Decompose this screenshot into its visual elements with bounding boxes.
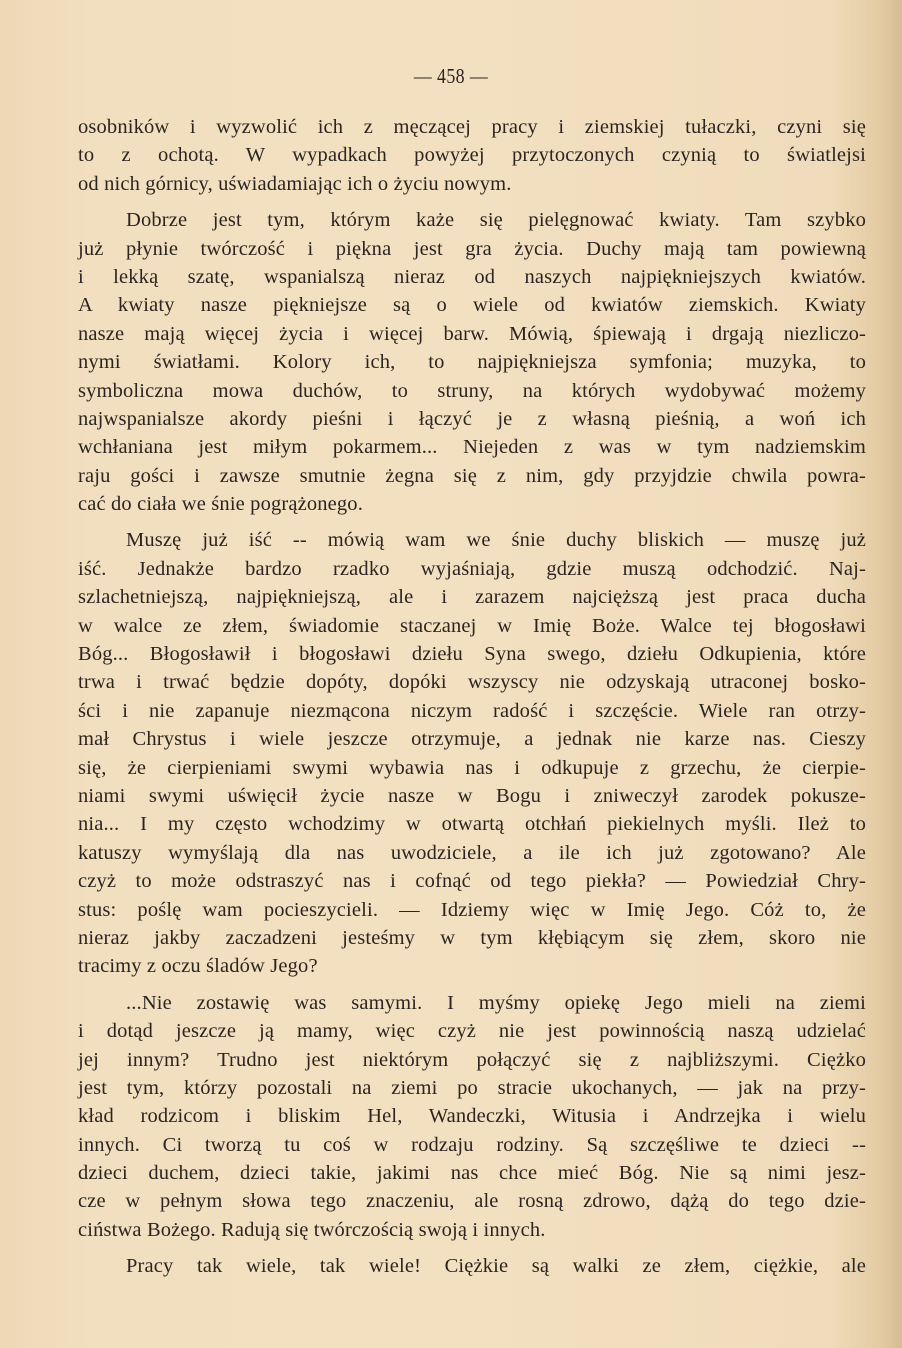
text-line: cze w pełnym słowa tego znaczeniu, ale r… — [78, 1187, 866, 1215]
text-line: już płynie twórczość i piękna jest gra ż… — [78, 235, 866, 263]
text-line: to z ochotą. W wypadkach powyżej przytoc… — [78, 141, 866, 169]
text-line: od nich górnicy, uświadamiając ich o życ… — [78, 170, 866, 198]
text-line: nasze mają więcej życia i więcej barw. M… — [78, 320, 866, 348]
text-line: Muszę już iść -- mówią wam we śnie duchy… — [78, 526, 866, 554]
paragraph: osobników i wyzwolić ich z męczącej prac… — [78, 113, 866, 198]
text-line: cać do ciała we śnie pogrążonego. — [78, 490, 866, 518]
text-line: osobników i wyzwolić ich z męczącej prac… — [78, 113, 866, 141]
text-line: jest tym, którzy pozostali na ziemi po s… — [78, 1074, 866, 1102]
paragraph: ...Nie zostawię was samymi. I myśmy opie… — [78, 989, 866, 1245]
paragraph: Dobrze jest tym, którym każe się pielęgn… — [78, 206, 866, 518]
text-line: jej innym? Trudno jest niektórym połączy… — [78, 1046, 866, 1074]
text-line: iść. Jednakże bardzo rzadko wyjaśniają, … — [78, 555, 866, 583]
text-line: mał Chrystus i wiele jeszcze otrzymuje, … — [78, 725, 866, 753]
text-line: najwspanialsze akordy pieśni i łączyć je… — [78, 405, 866, 433]
text-line: szlachetniejszą, najpiękniejszą, ale i z… — [78, 583, 866, 611]
text-line: i dotąd jeszcze ją mamy, więc czyż nie j… — [78, 1017, 866, 1045]
text-line: Pracy tak wiele, tak wiele! Ciężkie są w… — [78, 1252, 866, 1280]
page-number: — 458 — — [68, 64, 835, 89]
text-line: nia... I my często wchodzimy w otwartą o… — [78, 810, 866, 838]
text-line: w walce ze złem, świadomie staczanej w I… — [78, 612, 866, 640]
text-line: nymi światłami. Kolory ich, to najpiękni… — [78, 348, 866, 376]
text-line: Bóg... Błogosławił i błogosławi dziełu S… — [78, 640, 866, 668]
text-line: symboliczna mowa duchów, to struny, na k… — [78, 377, 866, 405]
text-line: stus: poślę wam pocieszycieli. — Idziemy… — [78, 896, 866, 924]
text-line: wchłaniana jest miłym pokarmem... Niejed… — [78, 433, 866, 461]
text-line: kład rodzicom i bliskim Hel, Wandeczki, … — [78, 1102, 866, 1130]
text-line: ści i nie zapanuje niezmącona niczym rad… — [78, 697, 866, 725]
body-text: osobników i wyzwolić ich z męczącej prac… — [78, 113, 866, 1281]
text-line: tracimy z oczu śladów Jego? — [78, 952, 866, 980]
text-line: raju gości i zawsze smutnie żegna się z … — [78, 462, 866, 490]
text-line: Dobrze jest tym, którym każe się pielęgn… — [78, 206, 866, 234]
text-line: katuszy wymyślają dla nas uwodziciele, a… — [78, 839, 866, 867]
text-line: nieraz jakby zaczadzeni jesteśmy w tym k… — [78, 924, 866, 952]
text-line: czyż to może odstraszyć nas i cofnąć od … — [78, 867, 866, 895]
text-line: niami swymi uświęcił życie nasze w Bogu … — [78, 782, 866, 810]
text-line: dzieci duchem, dzieci takie, jakimi nas … — [78, 1159, 866, 1187]
text-line: się, że cierpieniami swymi wybawia nas i… — [78, 754, 866, 782]
paragraph: Pracy tak wiele, tak wiele! Ciężkie są w… — [78, 1252, 866, 1280]
text-line: A kwiaty nasze piękniejsze są o wiele od… — [78, 291, 866, 319]
text-line: innych. Ci tworzą tu coś w rodzaju rodzi… — [78, 1131, 866, 1159]
text-line: ...Nie zostawię was samymi. I myśmy opie… — [78, 989, 866, 1017]
text-line: i lekką szatę, wspanialszą nieraz od nas… — [78, 263, 866, 291]
text-line: trwa i trwać będzie dopóty, dopóki wszys… — [78, 668, 866, 696]
book-page: — 458 — osobników i wyzwolić ich z męczą… — [0, 0, 902, 1348]
text-line: ciństwa Bożego. Radują się twórczością s… — [78, 1216, 866, 1244]
paragraph: Muszę już iść -- mówią wam we śnie duchy… — [78, 526, 866, 980]
